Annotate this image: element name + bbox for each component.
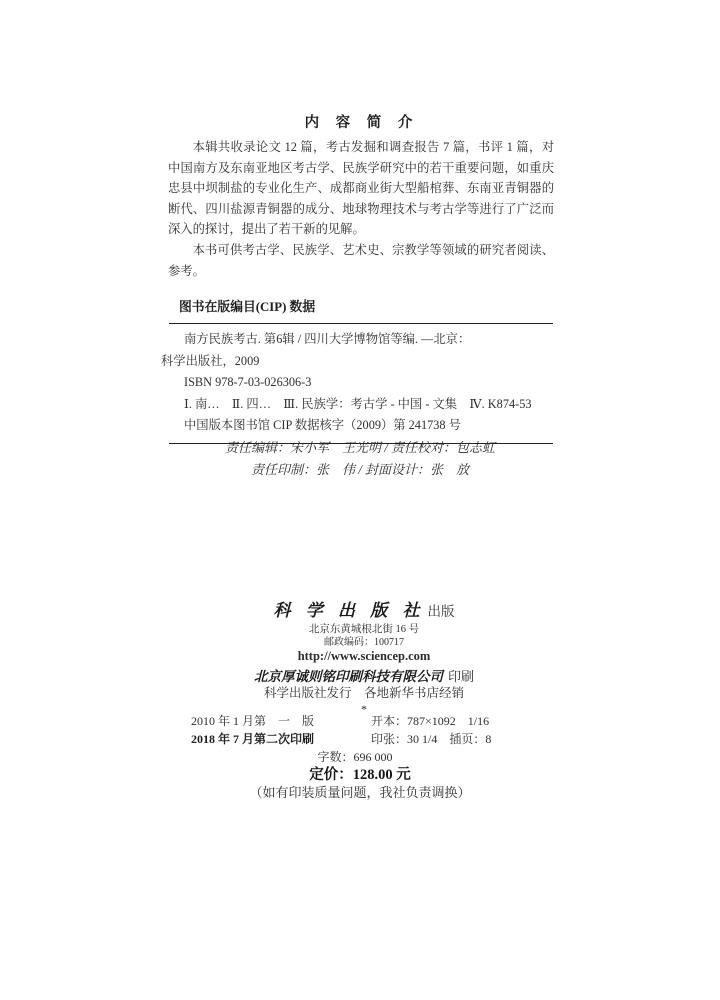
cip-isbn: ISBN 978-7-03-026306-3 bbox=[161, 372, 557, 394]
printer-name: 北京厚诚则铭印刷科技有限公司 bbox=[254, 669, 443, 684]
cip-record-number: 中国版本图书馆 CIP 数据核字（2009）第 241738 号 bbox=[161, 415, 557, 437]
publish-label: 出版 bbox=[428, 604, 455, 619]
printer-line: 北京厚诚则铭印刷科技有限公司印刷 bbox=[4, 668, 720, 685]
content-intro-title: 内 容 简 介 bbox=[0, 111, 720, 132]
content-intro-body: 本辑共收录论文 12 篇，考古发掘和调查报告 7 篇，书评 1 篇，对中国南方及… bbox=[168, 137, 554, 303]
credits-block: 责任编辑：宋小军 王光明 / 责任校对：包志虹 责任印制：张 伟 / 封面设计：… bbox=[0, 437, 720, 480]
separator-star: * bbox=[4, 703, 720, 715]
cip-title-line: 南方民族考古. 第6辑 / 四川大学博物馆等编. —北京： bbox=[161, 329, 557, 351]
intro-paragraph-2: 本书可供考古学、民族学、艺术史、宗教学等领域的研究者阅读、参考。 bbox=[168, 240, 554, 281]
cip-data-block: 南方民族考古. 第6辑 / 四川大学博物馆等编. —北京： 科学出版社，2009… bbox=[161, 324, 557, 443]
format-spec: 开本：787×1092 1/16 bbox=[371, 712, 489, 729]
publisher-block: 科 学 出 版 社出版 北京东黄城根北街 16 号 邮政编码：100717 ht… bbox=[4, 600, 720, 715]
sheets-spec: 印张：30 1/4 插页：8 bbox=[371, 730, 491, 747]
cip-classification: Ⅰ. 南… Ⅱ. 四… Ⅲ. 民族学：考古学 - 中国 - 文集 Ⅳ. K874… bbox=[161, 394, 557, 416]
credits-line-editors: 责任编辑：宋小军 王光明 / 责任校对：包志虹 bbox=[0, 437, 720, 459]
copyright-page: 内 容 简 介 本辑共收录论文 12 篇，考古发掘和调查报告 7 篇，书评 1 … bbox=[0, 0, 720, 1000]
distribution-line: 科学出版社发行 各地新华书店经销 bbox=[4, 685, 720, 701]
publisher-name-line: 科 学 出 版 社出版 bbox=[4, 600, 720, 623]
intro-paragraph-1: 本辑共收录论文 12 篇，考古发掘和调查报告 7 篇，书评 1 篇，对中国南方及… bbox=[168, 137, 554, 240]
credits-line-printing-design: 责任印制：张 伟 / 封面设计：张 放 bbox=[0, 459, 720, 481]
cip-publisher-line: 科学出版社，2009 bbox=[161, 351, 557, 373]
publisher-name: 科 学 出 版 社 bbox=[274, 601, 422, 620]
edition-date: 2010 年 1 月第 一 版 bbox=[191, 712, 314, 729]
impression-date: 2018 年 7 月第二次印刷 bbox=[191, 730, 314, 747]
cip-section: 图书在版编目(CIP) 数据 南方民族考古. 第6辑 / 四川大学博物馆等编. … bbox=[161, 296, 557, 444]
print-label: 印刷 bbox=[448, 669, 474, 684]
quality-note: （如有印装质量问题，我社负责调换） bbox=[0, 782, 720, 801]
publisher-address: 北京东黄城根北街 16 号 bbox=[4, 623, 720, 636]
cip-header: 图书在版编目(CIP) 数据 bbox=[161, 296, 557, 315]
publisher-website: http://www.sciencep.com bbox=[4, 649, 720, 664]
publisher-postcode: 邮政编码：100717 bbox=[4, 636, 720, 649]
price: 定价：128.00 元 bbox=[0, 763, 720, 784]
